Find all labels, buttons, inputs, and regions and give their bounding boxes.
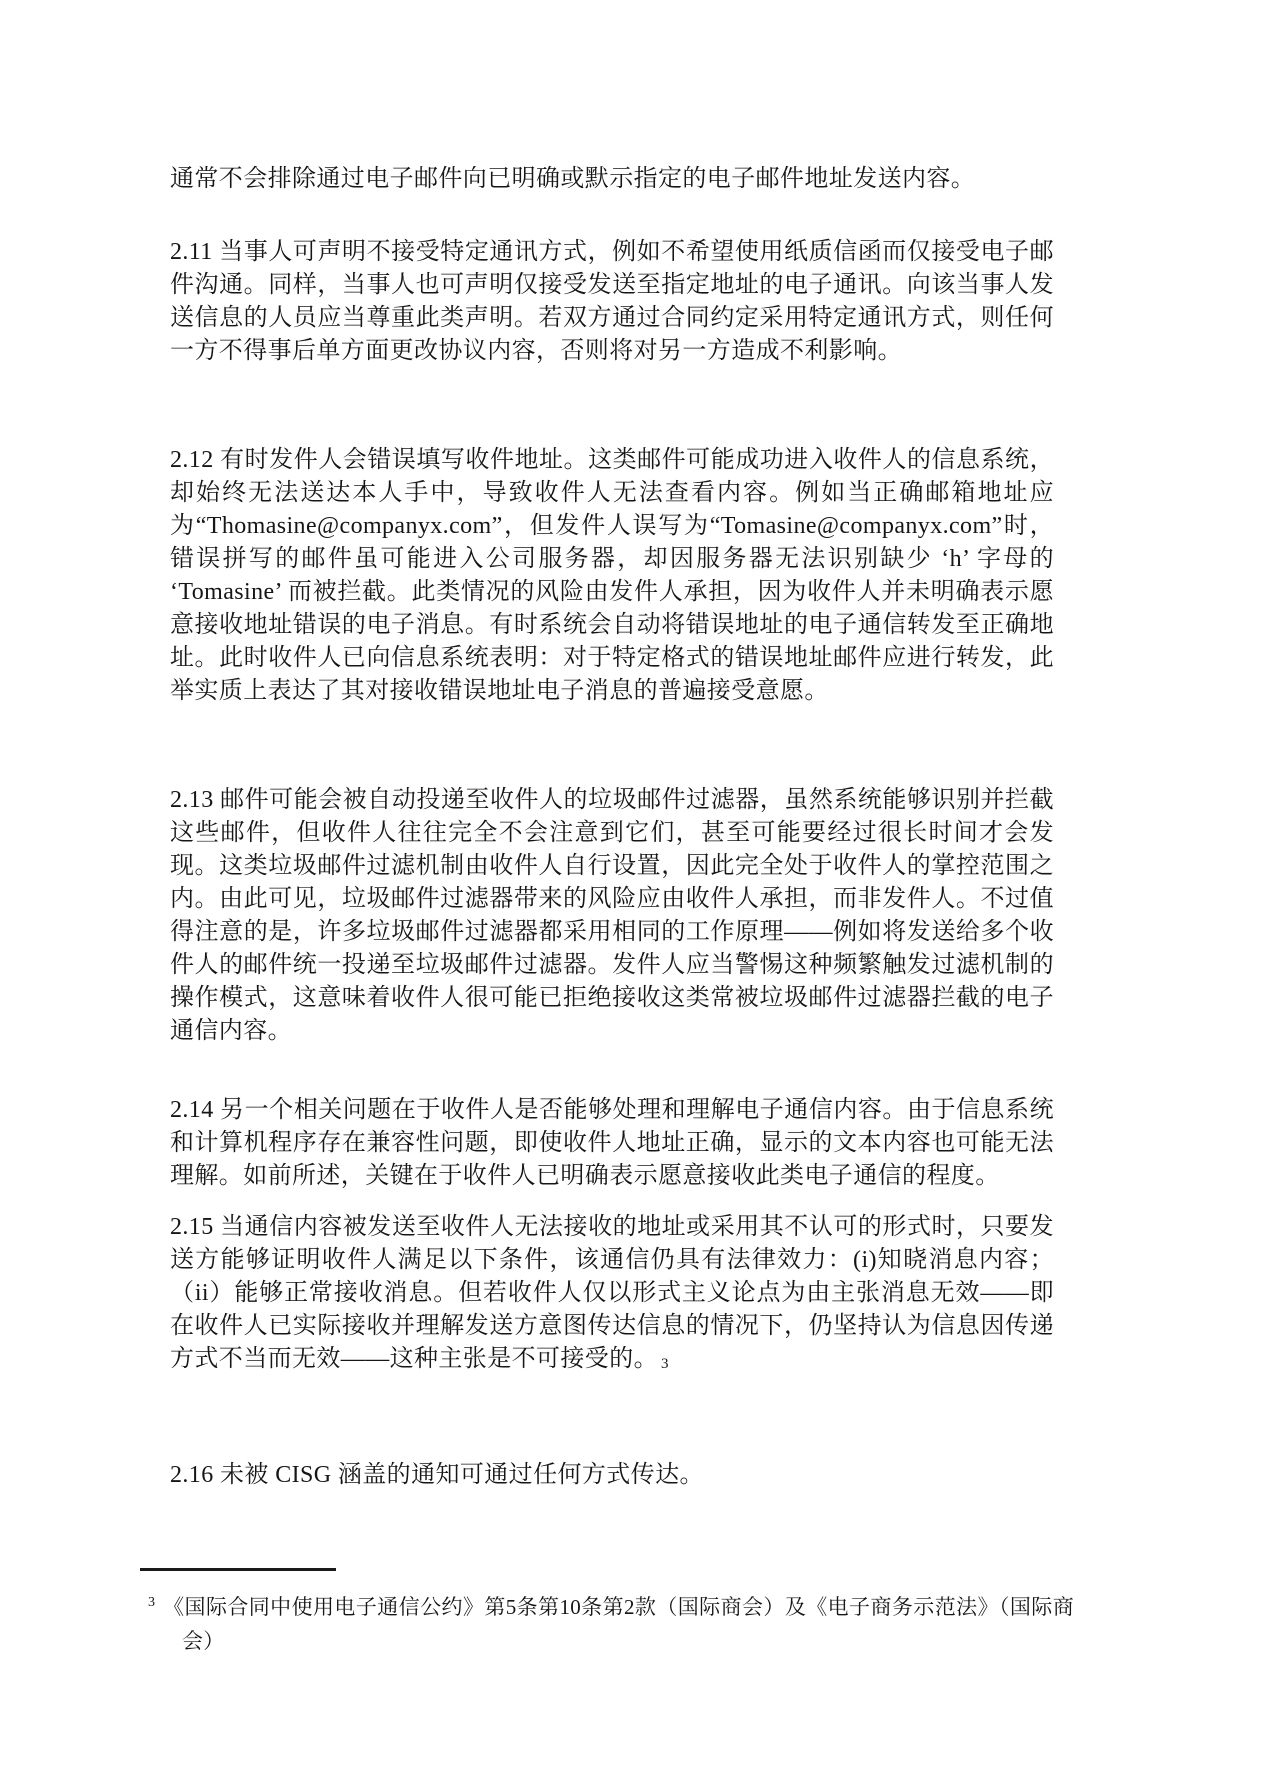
paragraph-2-11: 2.11 当事人可声明不接受特定通讯方式，例如不希望使用纸质信函而仅接受电子邮件… [170,236,1054,368]
paragraph-text: 2.12 有时发件人会错误填写收件地址。这类邮件可能成功进入收件人的信息系统，却… [170,447,1054,704]
paragraph-intro-continuation: 通常不会排除通过电子邮件向已明确或默示指定的电子邮件地址发送内容。 [170,163,1054,196]
footnote-marker: 3 [148,1595,155,1610]
paragraph-2-15: 2.15 当通信内容被发送至收件人无法接收的地址或采用其不认可的形式时，只要发送… [170,1211,1054,1381]
footnote-text: 《国际合同中使用电子通信公约》第5条第10条第2款（国际商会）及《电子商务示范法… [163,1595,1074,1653]
paragraph-2-14: 2.14 另一个相关问题在于收件人是否能够处理和理解电子通信内容。由于信息系统和… [170,1094,1054,1193]
paragraph-text: 2.15 当通信内容被发送至收件人无法接收的地址或采用其不认可的形式时，只要发送… [170,1214,1054,1372]
paragraph-text: 2.13 邮件可能会被自动投递至收件人的垃圾邮件过滤器，虽然系统能够识别并拦截这… [170,787,1054,1044]
paragraph-text: 2.11 当事人可声明不接受特定通讯方式，例如不希望使用纸质信函而仅接受电子邮件… [170,239,1054,364]
paragraph-text: 通常不会排除通过电子邮件向已明确或默示指定的电子邮件地址发送内容。 [170,166,975,192]
paragraph-2-16: 2.16 未被 CISG 涵盖的通知可通过任何方式传达。 [170,1459,1054,1492]
footnote: 3《国际合同中使用电子通信公约》第5条第10条第2款（国际商会）及《电子商务示范… [148,1586,1074,1658]
paragraph-2-12: 2.12 有时发件人会错误填写收件地址。这类邮件可能成功进入收件人的信息系统，却… [170,444,1054,708]
paragraph-text: 2.14 另一个相关问题在于收件人是否能够处理和理解电子通信内容。由于信息系统和… [170,1097,1054,1189]
document-page: 通常不会排除通过电子邮件向已明确或默示指定的电子邮件地址发送内容。 2.11 当… [0,0,1265,1791]
footnote-reference: 3 [661,1356,669,1372]
footnote-separator-rule [140,1568,336,1571]
paragraph-text: 2.16 未被 CISG 涵盖的通知可通过任何方式传达。 [170,1462,704,1488]
paragraph-2-13: 2.13 邮件可能会被自动投递至收件人的垃圾邮件过滤器，虽然系统能够识别并拦截这… [170,784,1054,1048]
